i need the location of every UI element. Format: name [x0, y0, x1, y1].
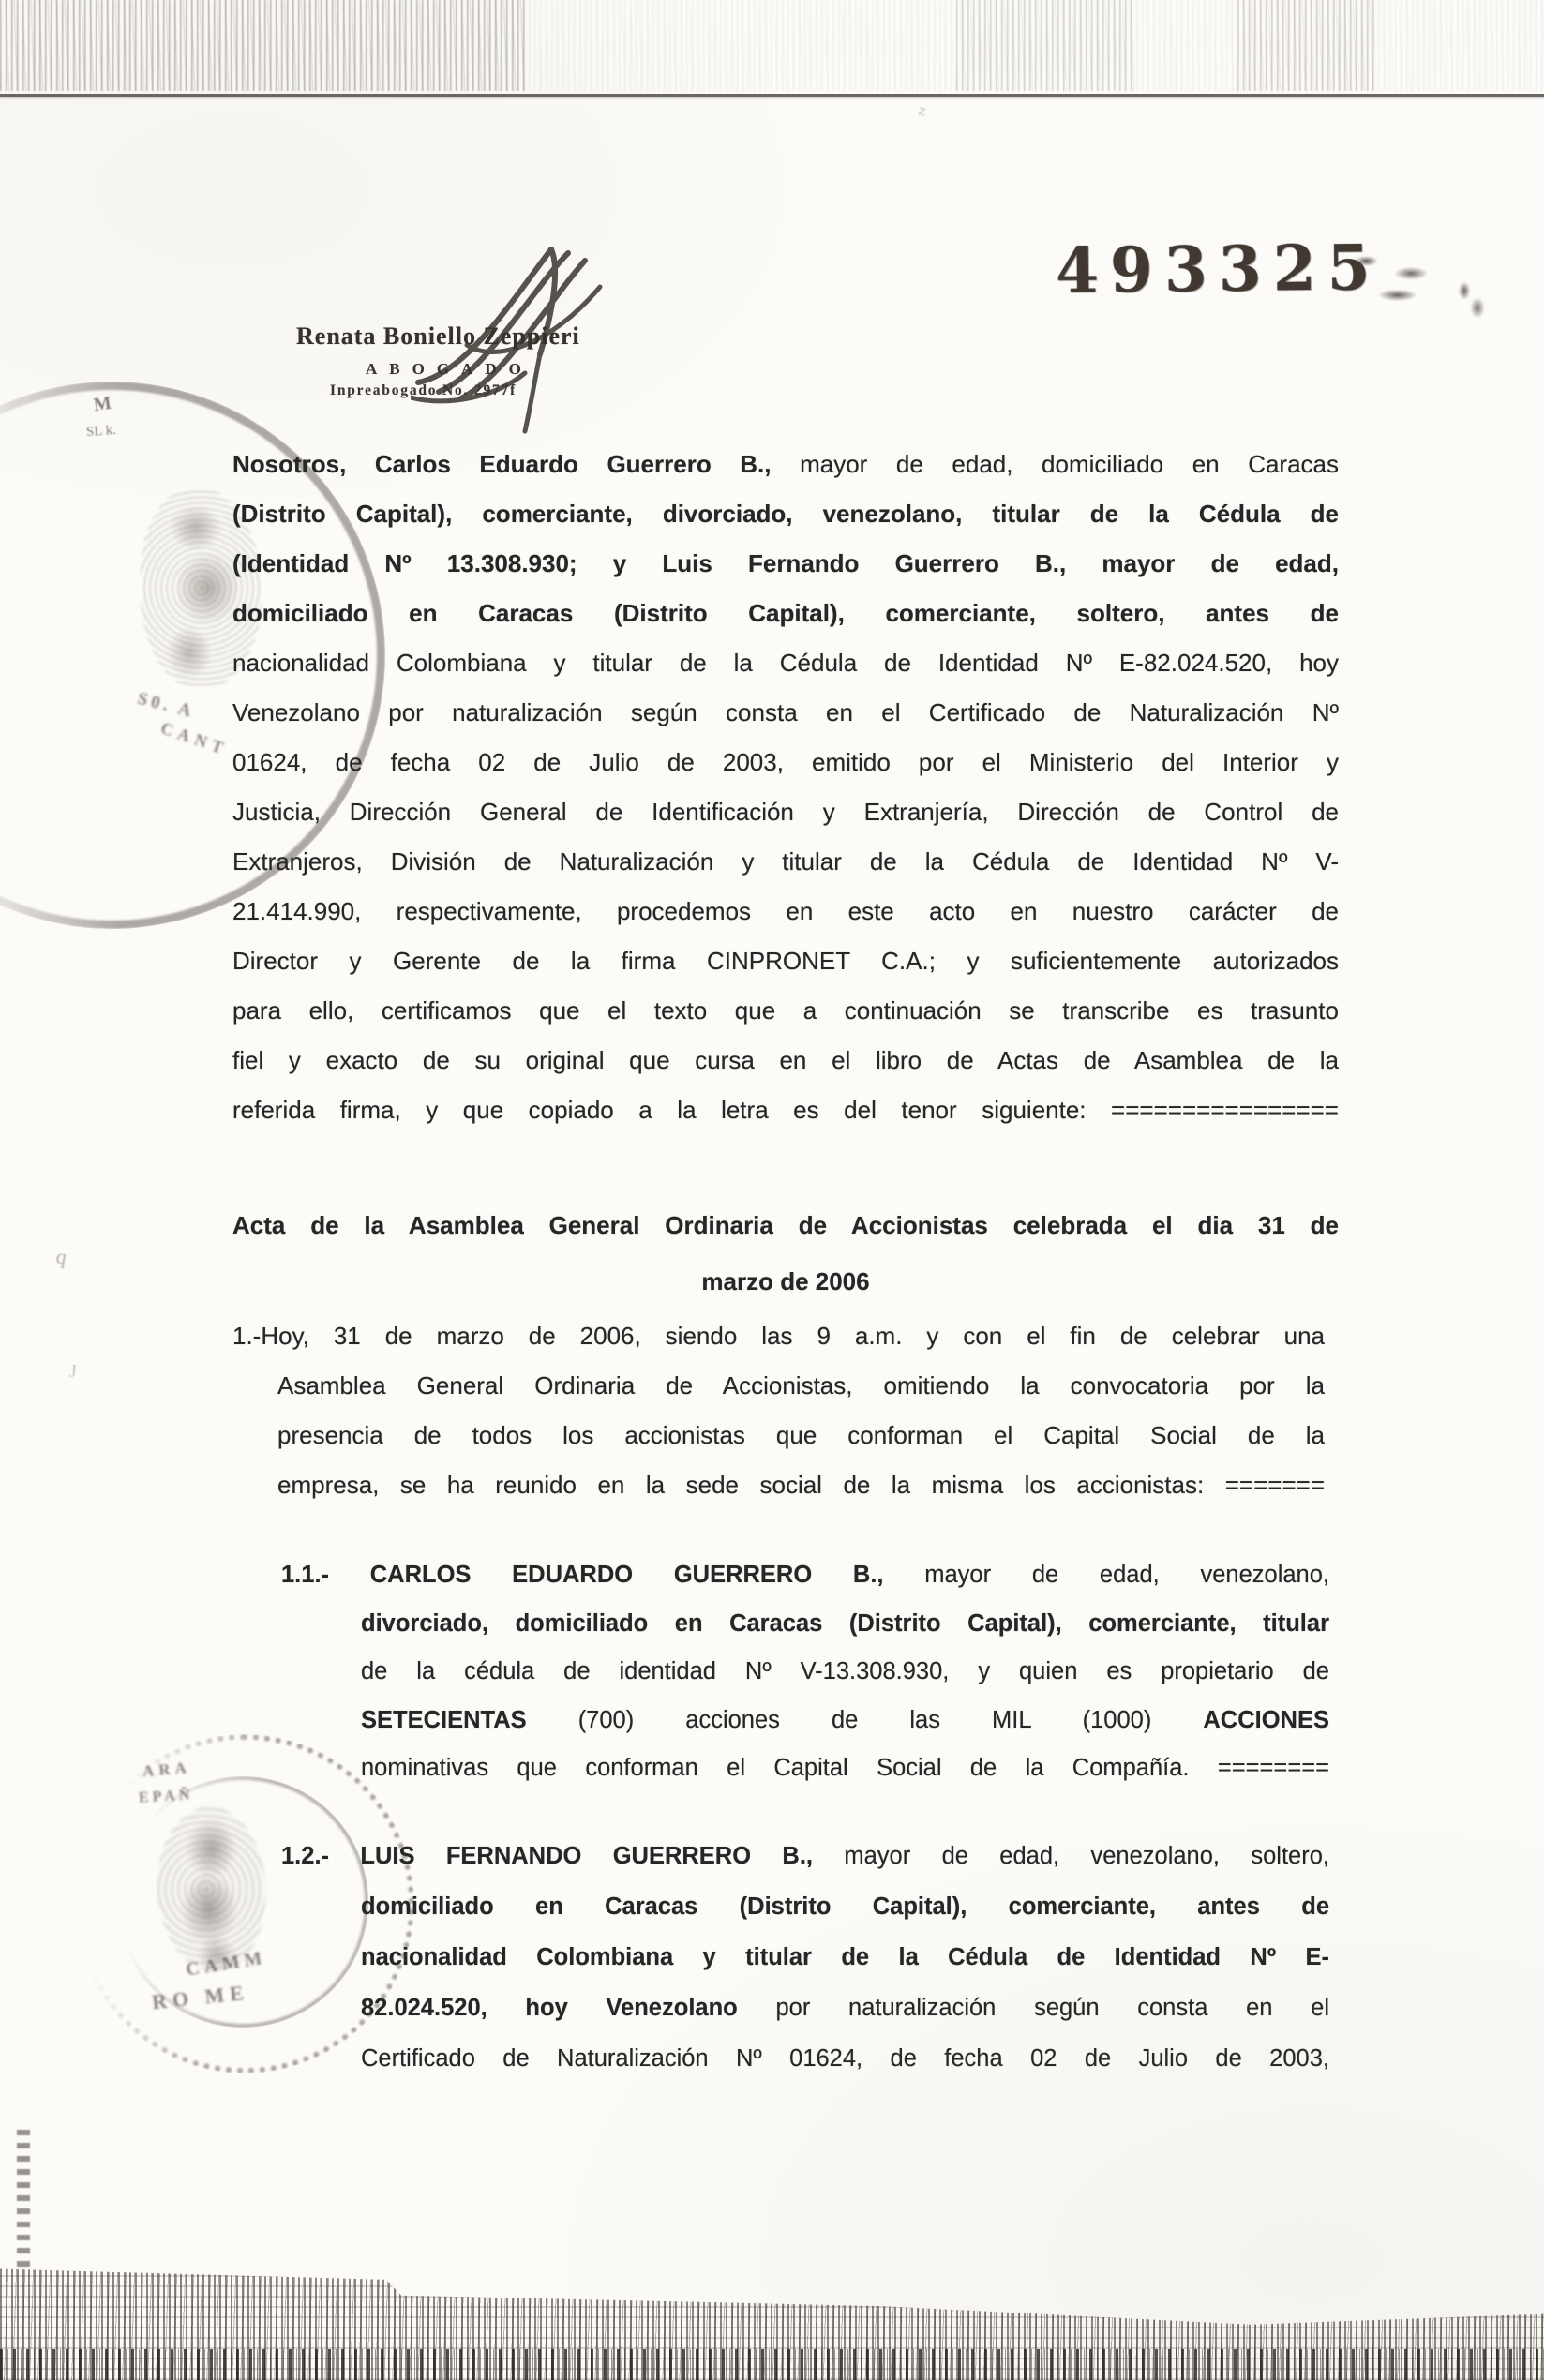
scan-streaks: [0, 0, 1544, 91]
lawyer-registration: Inpreabogado No. 2977f: [330, 382, 517, 399]
intro-paragraph: Nosotros, Carlos Eduardo Guerrero B., ma…: [232, 450, 1339, 1145]
scan-noise-bottom-bar: [0, 2349, 1544, 2380]
heading-line-1: Acta de la Asamblea General Ordinaria de…: [232, 1211, 1339, 1267]
stamp-fragment: EPAÑ: [139, 1787, 194, 1806]
text-line: para ello, certificamos que el texto que…: [232, 996, 1339, 1046]
text-line: divorciado, domiciliado en Caracas (Dist…: [361, 1610, 1329, 1659]
text-line: domiciliado en Caracas (Distrito Capital…: [232, 599, 1339, 649]
section-heading: Acta de la Asamblea General Ordinaria de…: [232, 1211, 1339, 1296]
text-line: Director y Gerente de la firma CINPRONET…: [232, 947, 1339, 996]
margin-mark: z: [917, 100, 928, 120]
text-line: fiel y exacto de su original que cursa e…: [232, 1046, 1339, 1096]
paragraph-1: 1.-Hoy, 31 de marzo de 2006, siendo las …: [232, 1322, 1325, 1520]
text-line: Certificado de Naturalización Nº 01624, …: [361, 2045, 1329, 2096]
ink-smudge: [1451, 274, 1489, 322]
text-line: 1.-Hoy, 31 de marzo de 2006, siendo las …: [232, 1322, 1325, 1371]
folio-number-stamp: 493325: [1056, 231, 1382, 307]
shareholder-item-1-1: 1.1.- CARLOS EDUARDO GUERRERO B., mayor …: [281, 1562, 1329, 1804]
text-line: Asamblea General Ordinaria de Accionista…: [277, 1371, 1325, 1421]
text-line: Venezolano por naturalización según cons…: [232, 698, 1339, 748]
text-line: (Distrito Capital), comerciante, divorci…: [232, 500, 1339, 549]
ink-smudge: [1348, 246, 1438, 307]
text-line: nacionalidad Colombiana y titular de la …: [361, 1944, 1329, 1995]
text-line: nacionalidad Colombiana y titular de la …: [232, 649, 1339, 698]
text-line: (Identidad Nº 13.308.930; y Luis Fernand…: [232, 549, 1339, 599]
text-line: referida firma, y que copiado a la letra…: [232, 1096, 1339, 1145]
lawyer-title: ABOGADO: [366, 360, 533, 379]
text-line: Nosotros, Carlos Eduardo Guerrero B., ma…: [232, 450, 1339, 500]
text-line: 1.1.- CARLOS EDUARDO GUERRERO B., mayor …: [281, 1562, 1329, 1610]
text-line: SETECIENTAS (700) acciones de las MIL (1…: [361, 1707, 1329, 1756]
text-line: Justicia, Dirección General de Identific…: [232, 798, 1339, 847]
scan-noise-band-top: [0, 0, 1544, 97]
heading-line-2: marzo de 2006: [232, 1267, 1339, 1296]
text-line: 01624, de fecha 02 de Julio de 2003, emi…: [232, 748, 1339, 798]
margin-mark: M: [92, 393, 112, 416]
text-line: 21.414.990, respectivamente, procedemos …: [232, 897, 1339, 947]
text-line: empresa, se ha reunido en la sede social…: [277, 1471, 1325, 1520]
shareholder-item-1-2: 1.2.- LUIS FERNANDO GUERRERO B., mayor d…: [281, 1843, 1329, 2096]
margin-mark: J: [68, 1361, 77, 1383]
lawyer-name: Renata Boniello Zeppieri: [296, 322, 577, 351]
text-line: Extranjeros, División de Naturalización …: [232, 847, 1339, 897]
text-line: domiciliado en Caracas (Distrito Capital…: [361, 1894, 1329, 1944]
text-line: de la cédula de identidad Nº V-13.308.93…: [361, 1658, 1329, 1707]
scan-edge-dashes: [17, 2126, 30, 2267]
margin-mark: q: [54, 1244, 68, 1270]
scanned-document-page: Renata Boniello Zeppieri ABOGADO Inpreab…: [0, 0, 1544, 2380]
text-line: nominativas que conforman el Capital Soc…: [361, 1755, 1329, 1804]
text-line: 1.2.- LUIS FERNANDO GUERRERO B., mayor d…: [281, 1843, 1329, 1894]
text-line: 82.024.520, hoy Venezolano por naturaliz…: [361, 1995, 1329, 2045]
text-line: presencia de todos los accionistas que c…: [277, 1421, 1325, 1471]
margin-mark: SL k.: [85, 423, 116, 441]
